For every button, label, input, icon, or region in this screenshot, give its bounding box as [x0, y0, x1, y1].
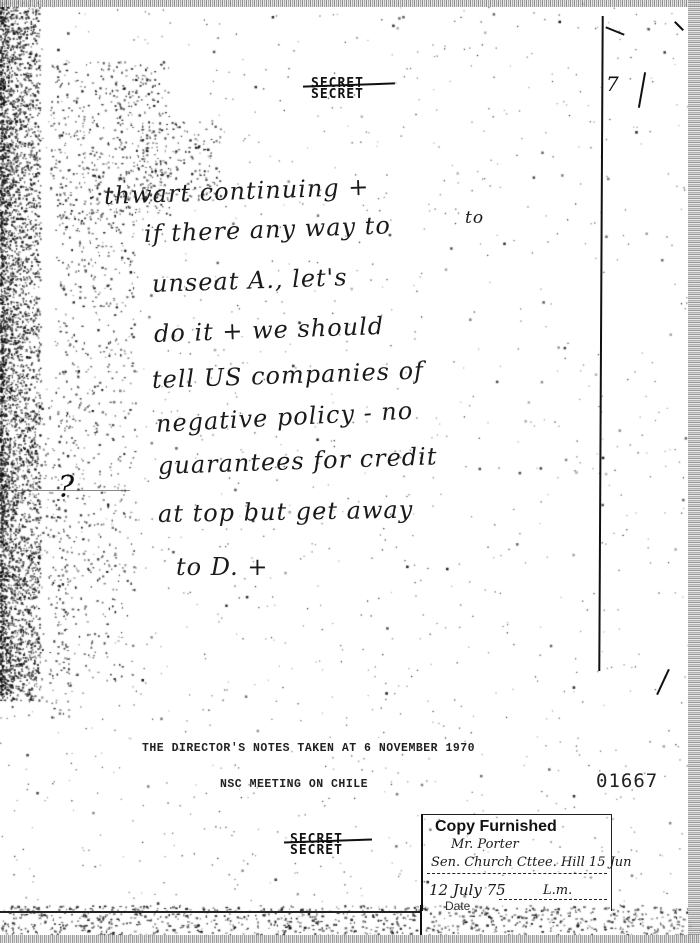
handwritten-line-8: at top but get away [158, 496, 414, 528]
page-number-mark: 7 [606, 72, 619, 96]
copy-recipient-line-2: Sen. Church Cttee. Hill 15 Jun [431, 855, 632, 870]
copy-date-handwritten: 12 July 75 [429, 881, 506, 899]
scanned-document-page: SECRET SECRET 7 thwart continuing + to i… [0, 0, 700, 943]
typed-caption-title: THE DIRECTOR'S NOTES TAKEN AT 6 NOVEMBER… [142, 742, 475, 755]
fold-line [0, 490, 130, 491]
bottom-rule-line [0, 911, 420, 913]
scan-edge-right [688, 0, 700, 943]
copy-initials: L.m. [543, 883, 572, 898]
stamp-box-extension [420, 905, 422, 935]
classification-stamp-top: SECRET SECRET [311, 78, 364, 100]
copy-furnished-title: Copy Furnished [435, 818, 557, 836]
handwritten-insert: to [465, 208, 484, 228]
margin-bracket-mark: ? [58, 470, 74, 505]
classification-text-shadow: SECRET [311, 89, 364, 100]
classification-text-shadow: SECRET [290, 845, 343, 856]
scan-edge-top [0, 0, 700, 7]
handwritten-line-9: to D. + [176, 553, 268, 581]
document-number: 01667 [596, 770, 658, 792]
copy-recipient-line-1: Mr. Porter [451, 837, 519, 852]
date-label: Date [445, 899, 470, 913]
typed-caption-subtitle: NSC MEETING ON CHILE [220, 778, 368, 791]
date-dashed-line [499, 899, 607, 900]
scan-edge-bottom [0, 935, 700, 943]
classification-stamp-bottom: SECRET SECRET [290, 834, 343, 856]
copy-furnished-stamp: Copy Furnished Mr. Porter Sen. Church Ct… [421, 814, 612, 911]
signature-dashed-line [427, 873, 607, 874]
